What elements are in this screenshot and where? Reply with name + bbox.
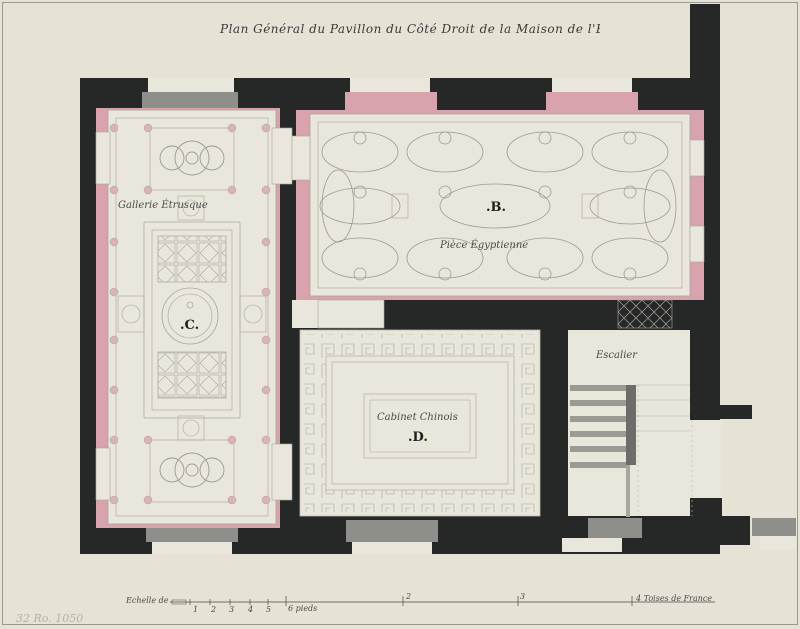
chinese-label: Cabinet Chinois (377, 412, 458, 423)
scale-tick-1: 1 (193, 605, 198, 614)
scale-major-2: 2 (406, 592, 411, 601)
stair-label: Escalier (596, 350, 637, 361)
scale-tick-3: 3 (229, 605, 234, 614)
scale-tick-2: 2 (211, 605, 216, 614)
pencil-annotation: 32 Ro. 1050 (16, 612, 83, 625)
scale-tick-5: 5 (266, 605, 271, 614)
egyptian-letter: .B. (486, 200, 506, 215)
chinese-cabinet (300, 330, 540, 516)
scale-major-3: 3 (520, 592, 525, 601)
floor-plan (0, 0, 800, 629)
scale-tick-6: 6 pieds (288, 604, 317, 613)
gallery-letter: .C. (180, 318, 199, 333)
gallery-label: Gallerie Étrusque (118, 200, 208, 211)
scale-end-label: 4 Toises de France (636, 594, 712, 603)
chinese-letter: .D. (408, 430, 428, 445)
drawing-sheet: Plan Général du Pavillon du Côté Droit d… (0, 0, 800, 629)
scale-tick-4: 4 (248, 605, 253, 614)
scale-label: Echelle de (126, 596, 168, 605)
egyptian-label: Pièce Égyptienne (440, 240, 528, 251)
